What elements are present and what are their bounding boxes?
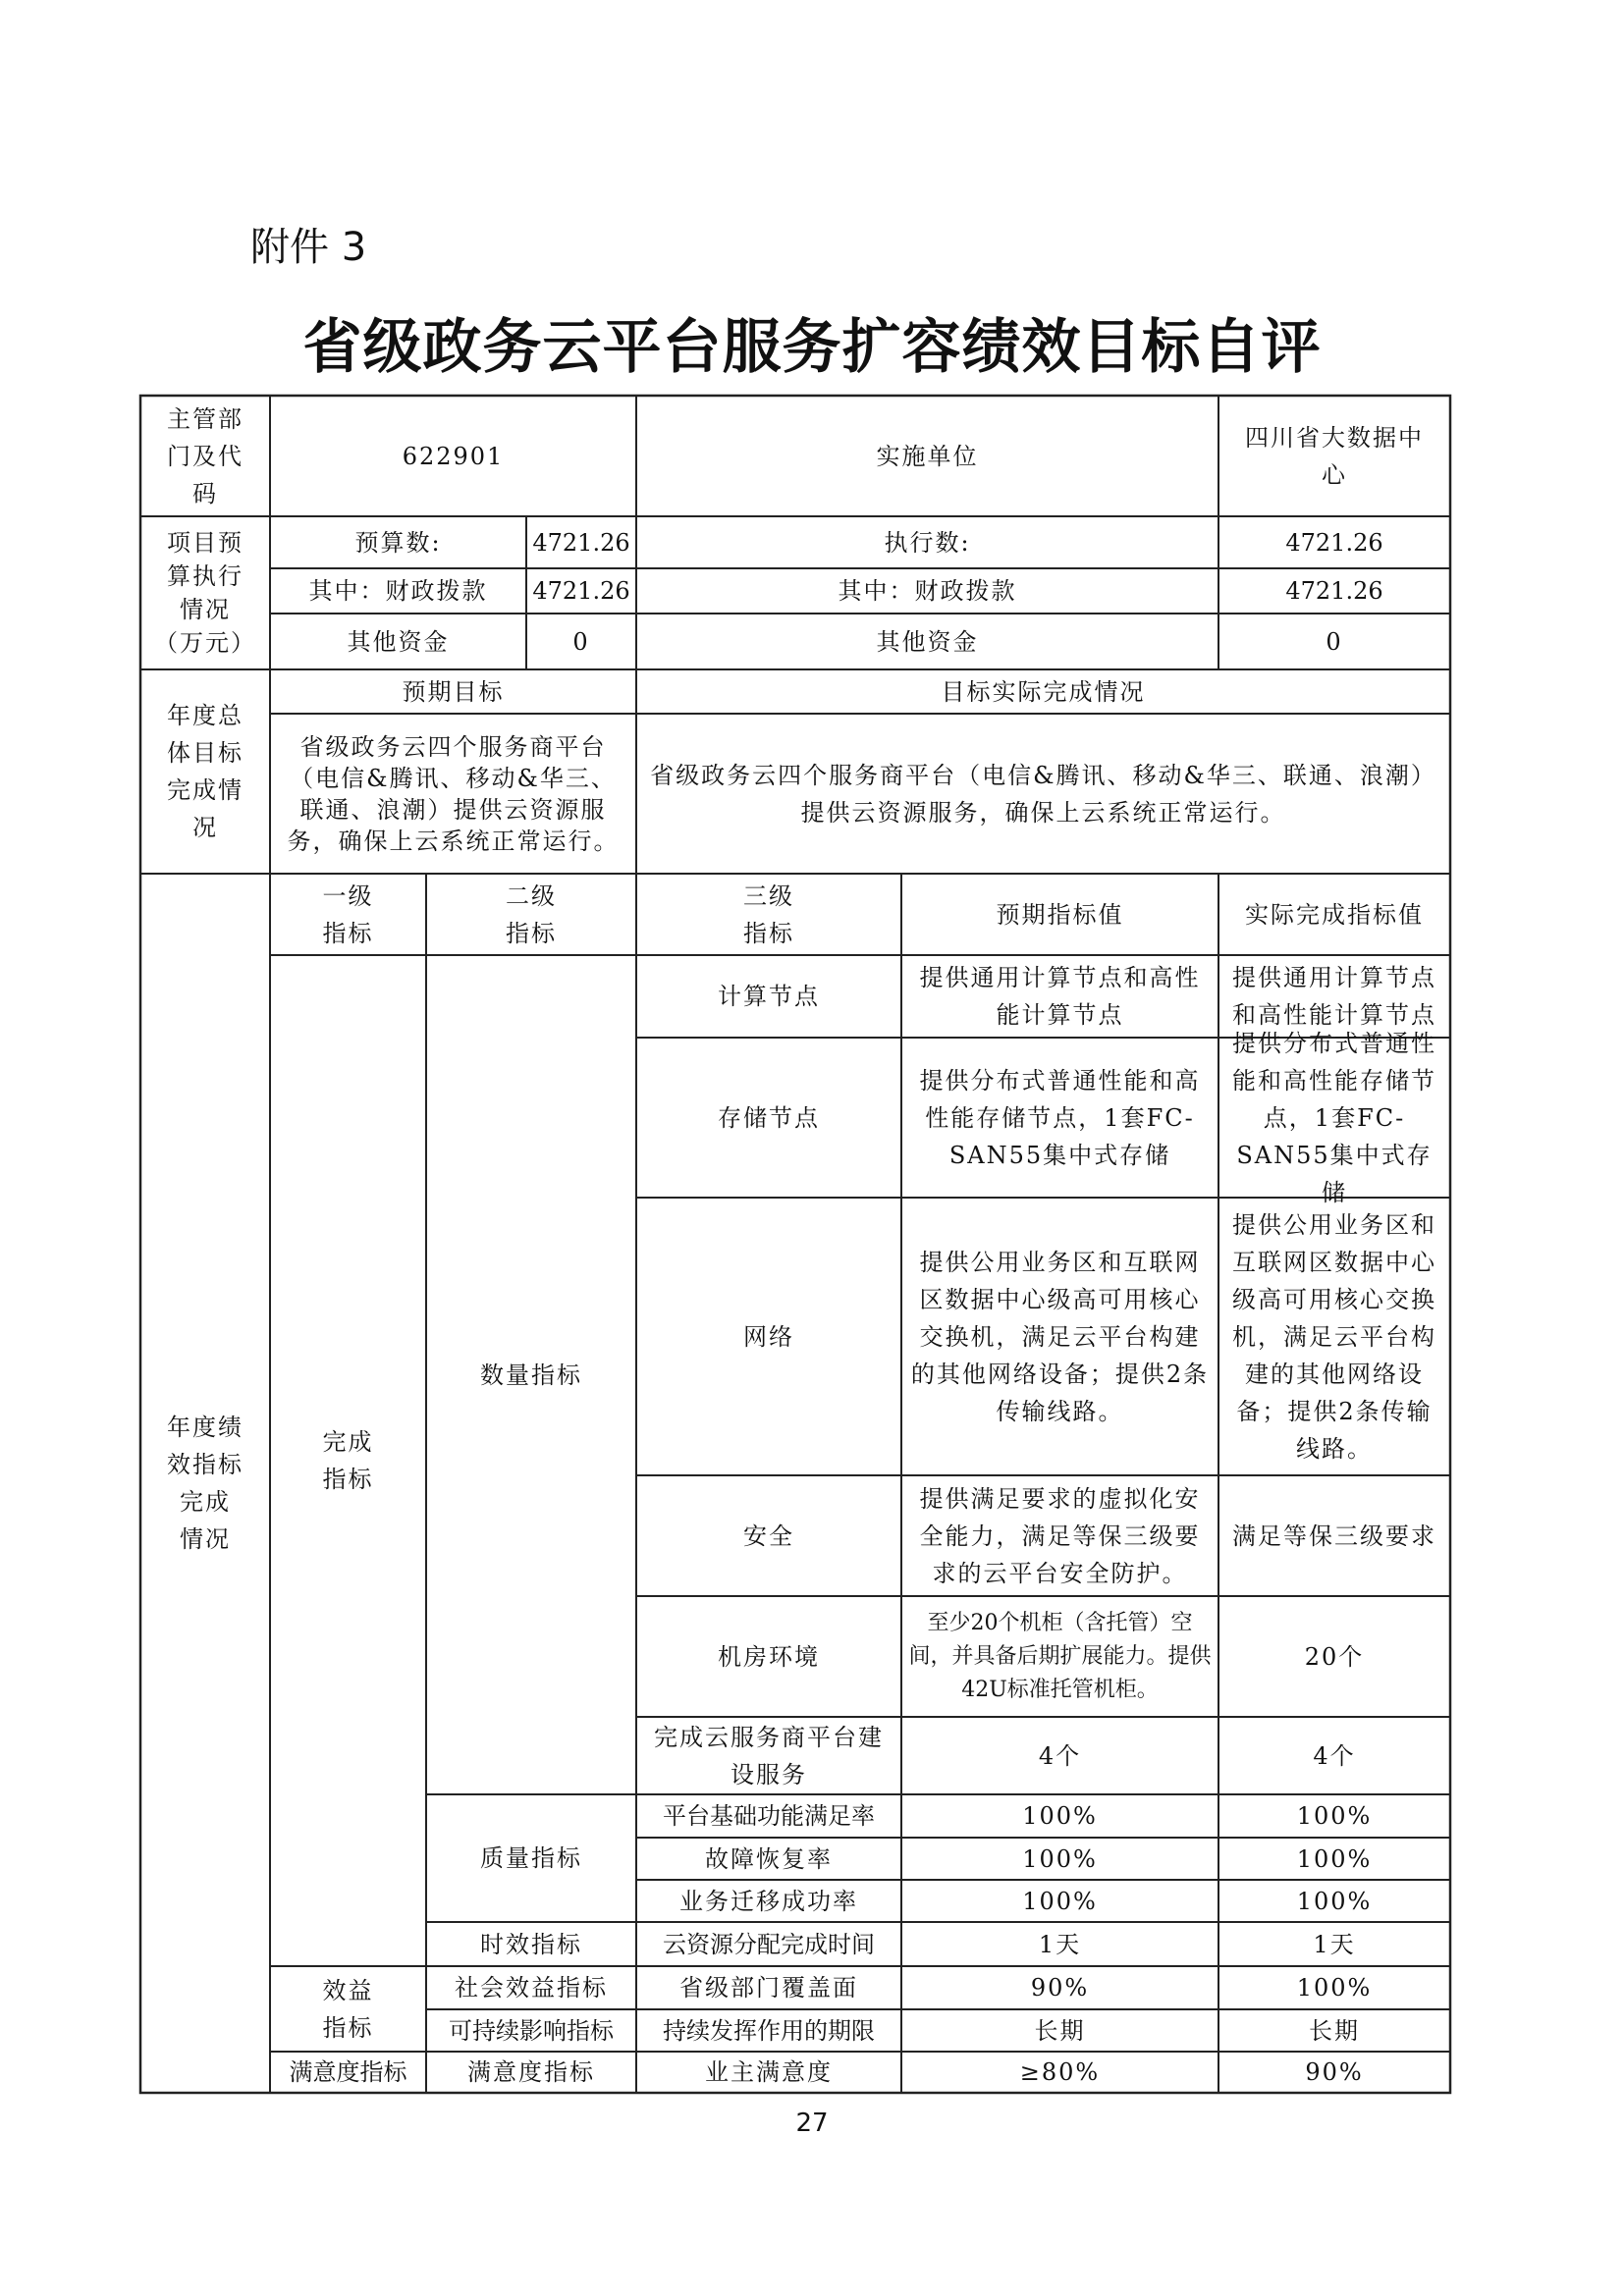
level2-quantity: 数量指标 <box>426 955 636 1794</box>
row-datacenter-expected: 至少20个机柜（含托管）空间，并具备后期扩展能力。提供42U标准托管机柜。 <box>901 1596 1218 1717</box>
row-network-name: 网络 <box>636 1198 901 1475</box>
dept-code: 622901 <box>270 396 636 516</box>
row-duration-name: 持续发挥作用的期限 <box>636 2009 901 2052</box>
row-migration-rate-actual: 100% <box>1218 1880 1450 1922</box>
impl-label: 实施单位 <box>636 396 1218 516</box>
other-funds-value: 0 <box>526 614 636 669</box>
dept-label: 主管部 门及代 码 <box>140 396 270 516</box>
row-migration-rate-name: 业务迁移成功率 <box>636 1880 901 1922</box>
fiscal-value: 4721.26 <box>526 568 636 614</box>
level2-sustainability: 可持续影响指标 <box>426 2009 636 2052</box>
row-function-rate-expected: 100% <box>901 1794 1218 1838</box>
level2-timeliness: 时效指标 <box>426 1922 636 1966</box>
header-expected: 预期指标值 <box>901 874 1218 955</box>
actual-goal-header: 目标实际完成情况 <box>636 669 1450 714</box>
header-level3: 三级 指标 <box>636 874 901 955</box>
row-function-rate-actual: 100% <box>1218 1794 1450 1838</box>
row-security-expected: 提供满足要求的虚拟化安全能力，满足等保三级要求的云平台安全防护。 <box>901 1475 1218 1596</box>
row-storage-actual: 提供分布式普通性能和高性能存储节点，1套FC-SAN55集中式存储 <box>1218 1038 1450 1198</box>
row-network-actual: 提供公用业务区和互联网区数据中心级高可用核心交换机，满足云平台构建的其他网络设备… <box>1218 1198 1450 1475</box>
impl-value: 四川省大数据中 心 <box>1218 396 1450 516</box>
indicators-section-label: 年度绩 效指标 完成 情况 <box>140 874 270 2093</box>
actual-goal-text: 省级政务云四个服务商平台（电信&腾讯、移动&华三、联通、浪潮）提供云资源服务，确… <box>636 714 1450 874</box>
header-actual: 实际完成指标值 <box>1218 874 1450 955</box>
row-coverage-expected: 90% <box>901 1966 1218 2009</box>
expected-goal-text: 省级政务云四个服务商平台（电信&腾讯、移动&华三、联通、浪潮）提供云资源服务，确… <box>270 714 636 874</box>
budget-section-label: 项目预 算执行 情况 （万元） <box>140 516 270 669</box>
row-coverage-actual: 100% <box>1218 1966 1450 2009</box>
budget-label: 预算数: <box>270 516 526 568</box>
row-duration-actual: 长期 <box>1218 2009 1450 2052</box>
row-owner-satisfaction-name: 业主满意度 <box>636 2052 901 2093</box>
level2-satisfaction: 满意度指标 <box>426 2052 636 2093</box>
exec-value: 4721.26 <box>1218 516 1450 568</box>
row-owner-satisfaction-expected: ≥80% <box>901 2052 1218 2093</box>
exec-other-funds-value: 0 <box>1218 614 1450 669</box>
row-datacenter-name: 机房环境 <box>636 1596 901 1717</box>
row-recovery-rate-actual: 100% <box>1218 1838 1450 1880</box>
header-level2: 二级 指标 <box>426 874 636 955</box>
row-duration-expected: 长期 <box>901 2009 1218 2052</box>
exec-other-funds-label: 其他资金 <box>636 614 1218 669</box>
row-recovery-rate-name: 故障恢复率 <box>636 1838 901 1880</box>
row-storage-expected: 提供分布式普通性能和高性能存储节点，1套FC-SAN55集中式存储 <box>901 1038 1218 1198</box>
row-recovery-rate-expected: 100% <box>901 1838 1218 1880</box>
row-allocation-time-expected: 1天 <box>901 1922 1218 1966</box>
row-coverage-name: 省级部门覆盖面 <box>636 1966 901 2009</box>
exec-fiscal-label: 其中：财政拨款 <box>636 568 1218 614</box>
exec-fiscal-value: 4721.26 <box>1218 568 1450 614</box>
row-platform-build-actual: 4个 <box>1218 1717 1450 1794</box>
fiscal-label: 其中：财政拨款 <box>270 568 526 614</box>
level1-benefit: 效益 指标 <box>270 1966 426 2052</box>
exec-label: 执行数: <box>636 516 1218 568</box>
row-security-name: 安全 <box>636 1475 901 1596</box>
row-platform-build-expected: 4个 <box>901 1717 1218 1794</box>
level2-social-benefit: 社会效益指标 <box>426 1966 636 2009</box>
page-number: 27 <box>0 2109 1624 2138</box>
level1-completion: 完成 指标 <box>270 955 426 1966</box>
row-security-actual: 满足等保三级要求 <box>1218 1475 1450 1596</box>
level1-satisfaction: 满意度指标 <box>270 2052 426 2093</box>
row-compute-expected: 提供通用计算节点和高性能计算节点 <box>901 955 1218 1038</box>
row-migration-rate-expected: 100% <box>901 1880 1218 1922</box>
row-allocation-time-name: 云资源分配完成时间 <box>636 1922 901 1966</box>
expected-goal-header: 预期目标 <box>270 669 636 714</box>
row-datacenter-actual: 20个 <box>1218 1596 1450 1717</box>
row-function-rate-name: 平台基础功能满足率 <box>636 1794 901 1838</box>
row-storage-name: 存储节点 <box>636 1038 901 1198</box>
row-platform-build-name: 完成云服务商平台建设服务 <box>636 1717 901 1794</box>
level2-quality: 质量指标 <box>426 1794 636 1922</box>
row-allocation-time-actual: 1天 <box>1218 1922 1450 1966</box>
header-level1: 一级 指标 <box>270 874 426 955</box>
other-funds-label: 其他资金 <box>270 614 526 669</box>
budget-value: 4721.26 <box>526 516 636 568</box>
row-compute-name: 计算节点 <box>636 955 901 1038</box>
goals-section-label: 年度总 体目标 完成情 况 <box>140 669 270 874</box>
row-owner-satisfaction-actual: 90% <box>1218 2052 1450 2093</box>
row-network-expected: 提供公用业务区和互联网区数据中心级高可用核心交换机，满足云平台构建的其他网络设备… <box>901 1198 1218 1475</box>
